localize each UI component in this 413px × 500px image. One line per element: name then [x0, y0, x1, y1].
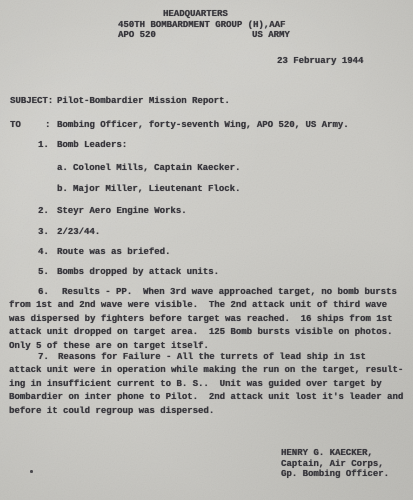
header-army: US ARMY: [252, 30, 290, 41]
paragraph-line: Results - PP. When 3rd wave approached t…: [62, 287, 397, 298]
item-text: Bomb Leaders:: [57, 140, 127, 151]
paragraph-line: ing in insufficient current to B. S.. Un…: [9, 379, 382, 390]
paragraph-number: 7.: [38, 352, 49, 363]
item-number: 3.: [38, 227, 49, 238]
item-text: 2/23/44.: [57, 227, 100, 238]
paragraph-line: Reasons for Failure - All the turrets of…: [58, 352, 366, 363]
scanned-document-page: HEADQUARTERS 450TH BOMBARDMENT GROUP (H)…: [0, 0, 413, 500]
signature-name: HENRY G. KAECKER,: [281, 448, 373, 459]
item-number: 1.: [38, 140, 49, 151]
item-text: Major Miller, Lieutenant Flock.: [73, 184, 240, 195]
item-text: Bombs dropped by attack units.: [57, 267, 219, 278]
paragraph-line: Only 5 of these are on target itself.: [9, 341, 209, 352]
item-number: 2.: [38, 206, 49, 217]
item-number: b.: [57, 184, 68, 195]
item-number: a.: [57, 163, 68, 174]
header-apo: APO 520: [118, 30, 156, 41]
paragraph-line: from 1st and 2nd wave were visible. The …: [9, 300, 387, 311]
ink-speck: [30, 470, 33, 473]
paragraph-line: attack unit dropped on target area. 125 …: [9, 327, 392, 338]
header-unit: 450TH BOMBARDMENT GROUP (H),AAF: [118, 20, 285, 31]
to-label: TO: [10, 120, 21, 131]
item-text: Steyr Aero Engine Works.: [57, 206, 187, 217]
header-headquarters: HEADQUARTERS: [163, 9, 228, 20]
to-colon: :: [45, 120, 50, 131]
to-value: Bombing Officer, forty-seventh Wing, APO…: [57, 120, 349, 131]
subject-value: Pilot-Bombardier Mission Report.: [57, 96, 230, 107]
document-date: 23 February 1944: [277, 56, 363, 67]
paragraph-line: before it could regroup was dispersed.: [9, 406, 214, 417]
paragraph-number: 6.: [38, 287, 49, 298]
item-text: Colonel Mills, Captain Kaecker.: [73, 163, 240, 174]
item-number: 4.: [38, 247, 49, 258]
subject-label: SUBJECT:: [10, 96, 53, 107]
item-text: Route was as briefed.: [57, 247, 170, 258]
paragraph-line: attack unit were in operation while maki…: [9, 365, 403, 376]
signature-title: Gp. Bombing Officer.: [281, 469, 389, 480]
signature-rank: Captain, Air Corps,: [281, 459, 384, 470]
paragraph-line: was dispersed by fighters before target …: [9, 314, 392, 325]
paragraph-line: Bombardier on inter phone to Pilot. 2nd …: [9, 392, 403, 403]
item-number: 5.: [38, 267, 49, 278]
